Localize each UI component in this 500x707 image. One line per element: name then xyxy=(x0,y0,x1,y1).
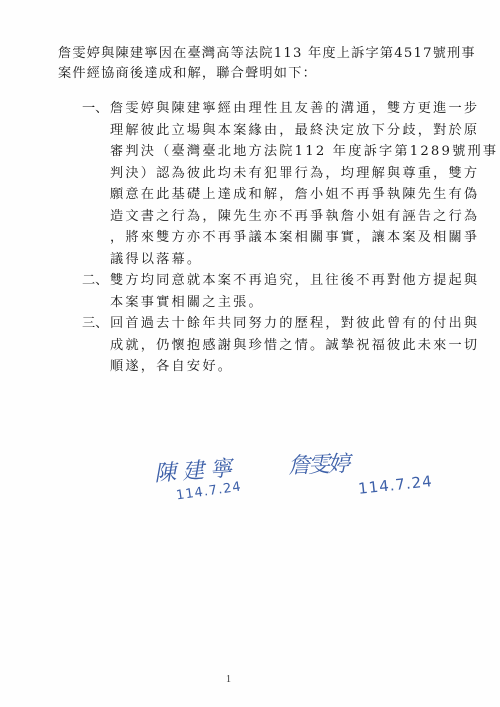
item-number: 一、 xyxy=(82,98,108,120)
item-number: 二、 xyxy=(82,270,108,292)
item-line: 本案事實相關之主張。 xyxy=(110,292,462,314)
item-number: 三、 xyxy=(82,313,108,335)
statement-item-3: 三、 回首過去十餘年共同努力的歷程，對彼此曾有的付出與 成就，仍懷抱感謝與珍惜之… xyxy=(82,313,462,378)
item-line: 回首過去十餘年共同努力的歷程，對彼此曾有的付出與 xyxy=(110,313,462,335)
statement-item-1: 一、 詹雯婷與陳建寧經由理性且友善的溝通，雙方更進一步 理解彼此立場與本案緣由，… xyxy=(82,98,462,270)
statement-list: 一、 詹雯婷與陳建寧經由理性且友善的溝通，雙方更進一步 理解彼此立場與本案緣由，… xyxy=(82,98,462,378)
item-line: 詹雯婷與陳建寧經由理性且友善的溝通，雙方更進一步 xyxy=(110,98,462,120)
item-line: 審判決（臺灣臺北地方法院112 年度訴字第1289號刑事 xyxy=(110,141,462,163)
item-line: 成就，仍懷抱感謝與珍惜之情。誠摯祝福彼此未來一切 xyxy=(110,335,462,357)
item-line: 順遂，各自安好。 xyxy=(110,356,462,378)
signature-zhan: 詹雯婷 xyxy=(287,447,348,480)
item-line: ，將來雙方亦不再爭議本案相關事實，讓本案及相關爭 xyxy=(110,227,462,249)
signature-area: 陳建寧 114.7.24 詹雯婷 114.7.24 xyxy=(140,440,460,530)
intro-paragraph: 詹雯婷與陳建寧因在臺灣高等法院113 年度上訴字第4517號刑事 案件經協商後達… xyxy=(58,44,458,84)
item-line: 判決）認為彼此均未有犯罪行為，均理解與尊重，雙方 xyxy=(110,163,462,185)
item-line: 理解彼此立場與本案緣由，最終決定放下分歧，對於原 xyxy=(110,120,462,142)
intro-line: 詹雯婷與陳建寧因在臺灣高等法院113 年度上訴字第4517號刑事 xyxy=(58,44,458,64)
signature-date-zhan: 114.7.24 xyxy=(357,472,433,498)
intro-line: 案件經協商後達成和解，聯合聲明如下： xyxy=(58,64,458,84)
item-line: 願意在此基礎上達成和解，詹小姐不再爭執陳先生有偽 xyxy=(110,184,462,206)
item-line: 雙方均同意就本案不再追究，且往後不再對他方提起與 xyxy=(110,270,462,292)
document-page: 詹雯婷與陳建寧因在臺灣高等法院113 年度上訴字第4517號刑事 案件經協商後達… xyxy=(0,0,500,707)
item-line: 造文書之行為，陳先生亦不再爭執詹小姐有誣告之行為 xyxy=(110,206,462,228)
item-line: 議得以落幕。 xyxy=(110,249,462,271)
statement-item-2: 二、 雙方均同意就本案不再追究，且往後不再對他方提起與 本案事實相關之主張。 xyxy=(82,270,462,313)
page-number: 1 xyxy=(226,674,231,685)
